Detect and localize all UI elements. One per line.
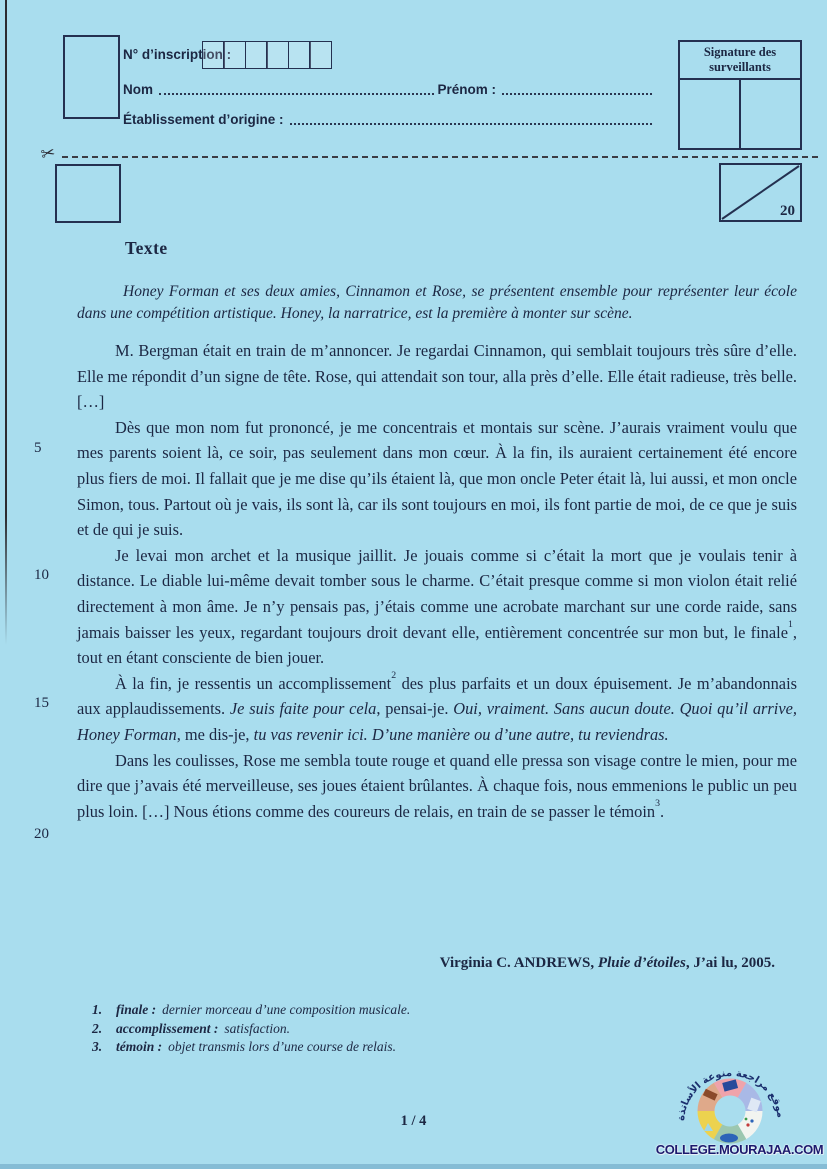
inscription-cell	[288, 41, 311, 69]
signature-columns	[680, 80, 800, 148]
nom-label: Nom	[123, 82, 153, 97]
paragraph: Dès que mon nom fut prononcé, je me conc…	[77, 415, 797, 543]
mourajaa-logo-graphic: موقع مراجعة منوعة الأساتذة	[656, 1051, 824, 1147]
etablissement-fill-line	[290, 111, 652, 125]
bottom-edge-shadow	[0, 1164, 827, 1169]
footnote: 3. témoin : objet transmis lors d’une co…	[92, 1038, 732, 1057]
page-left-edge-rule	[5, 0, 7, 645]
footnote-term: témoin :	[116, 1038, 162, 1057]
website-text: COLLEGE.MOURAJAA.COM	[652, 1142, 827, 1157]
footnotes: 1. finale : dernier morceau d’une compos…	[92, 1001, 732, 1057]
logo-wheel	[697, 1078, 763, 1144]
reading-text: M. Bergman était en train de m’annoncer.…	[77, 338, 797, 824]
signature-cell	[680, 80, 739, 148]
inscription-cell	[266, 41, 289, 69]
paragraph: Je levai mon archet et la musique jailli…	[77, 543, 797, 671]
paragraph: Dans les coulisses, Rose me sembla toute…	[77, 748, 797, 825]
score-box: 20	[719, 163, 802, 222]
signature-title-line2: surveillants	[680, 60, 800, 75]
footnote-definition: objet transmis lors d’une course de rela…	[168, 1038, 396, 1057]
paragraph: À la fin, je ressentis un accomplissemen…	[77, 671, 797, 748]
name-row: Nom Prénom :	[123, 81, 655, 97]
footnote-definition: satisfaction.	[224, 1020, 290, 1039]
text-heading: Texte	[125, 238, 168, 259]
school-row: Établissement d’origine :	[123, 111, 655, 127]
exam-page: N° d’inscription : Nom Prénom : Établiss…	[0, 0, 827, 1169]
signature-cell	[739, 80, 800, 148]
paragraph: M. Bergman était en train de m’annoncer.…	[77, 338, 797, 415]
supervisors-signature-box: Signature des surveillants	[678, 40, 802, 150]
line-number-15: 15	[34, 695, 60, 712]
footnote-term: accomplissement :	[116, 1020, 218, 1039]
secret-code-box	[55, 164, 121, 223]
line-number-5: 5	[34, 440, 60, 457]
footnote-definition: dernier morceau d’une composition musica…	[162, 1001, 410, 1020]
scissors-icon: ✂	[39, 143, 57, 166]
text-attribution: Virginia C. ANDREWS, Pluie d’étoiles, J’…	[77, 955, 775, 972]
line-number-20: 20	[34, 826, 60, 843]
inscription-cell	[309, 41, 332, 69]
line-number-10: 10	[34, 567, 60, 584]
inscription-cell	[223, 41, 246, 69]
text-introduction: Honey Forman et ses deux amies, Cinnamon…	[77, 281, 797, 324]
footnote-number: 3.	[92, 1038, 116, 1057]
mourajaa-logo: موقع مراجعة منوعة الأساتذة	[656, 1051, 824, 1147]
inscription-cell	[245, 41, 268, 69]
cut-dashed-line	[62, 156, 818, 158]
nom-fill-line	[159, 81, 434, 95]
prenom-fill-line	[502, 81, 652, 95]
footnote-number: 1.	[92, 1001, 116, 1020]
footnote-number: 2.	[92, 1020, 116, 1039]
inscription-cell	[202, 41, 225, 69]
signature-box-title: Signature des surveillants	[680, 42, 800, 80]
prenom-label: Prénom :	[437, 82, 496, 97]
score-max-value: 20	[780, 203, 795, 220]
etablissement-label: Établissement d’origine :	[123, 112, 284, 127]
footnote: 2. accomplissement : satisfaction.	[92, 1020, 732, 1039]
signature-title-line1: Signature des	[680, 45, 800, 60]
inscription-number-cells	[203, 41, 332, 69]
footnote-term: finale :	[116, 1001, 156, 1020]
candidate-photo-box	[63, 35, 120, 119]
footnote: 1. finale : dernier morceau d’une compos…	[92, 1001, 732, 1020]
